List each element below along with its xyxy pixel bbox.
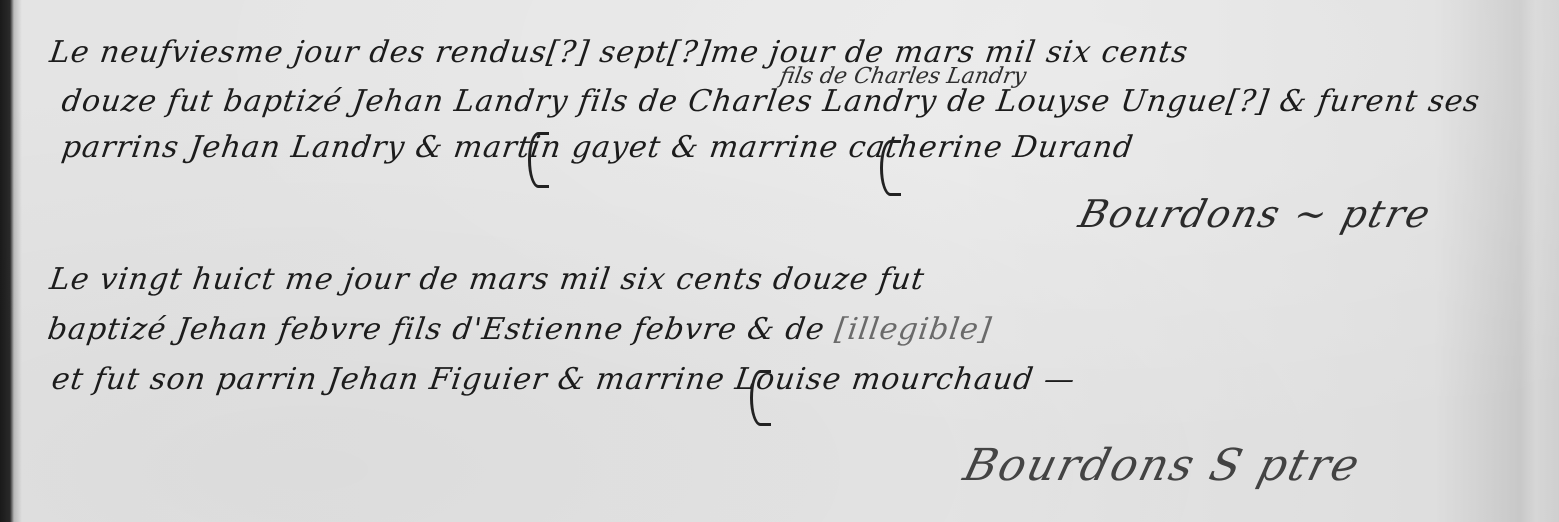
entry-2-line-1: Le vingt huict me jour de mars mil six c…: [48, 262, 927, 297]
ampersand-flourish: [528, 132, 549, 188]
entry-2-line-2-text: baptizé Jehan febvre fils d'Estienne feb…: [46, 312, 828, 347]
ampersand-flourish: [880, 140, 901, 196]
ampersand-flourish: [750, 370, 771, 426]
entry-1-line-3: parrins Jehan Landry & martin gayet & ma…: [60, 130, 1136, 165]
entry-2-line-2: baptizé Jehan febvre fils d'Estienne feb…: [46, 312, 994, 347]
register-page: Le neufviesme jour des rendus[?] sept[?]…: [0, 0, 1559, 522]
entry-1-line-2: douze fut baptizé Jehan Landry fils de C…: [60, 84, 1483, 119]
entry-2-line-3: et fut son parrin Jehan Figuier & marrin…: [50, 362, 1078, 397]
entry-1-signature: Bourdons ~ ptre: [1075, 192, 1437, 236]
entry-2-faint-text: [illegible]: [833, 312, 994, 347]
entry-2-signature: Bourdons S ptre: [959, 440, 1367, 491]
